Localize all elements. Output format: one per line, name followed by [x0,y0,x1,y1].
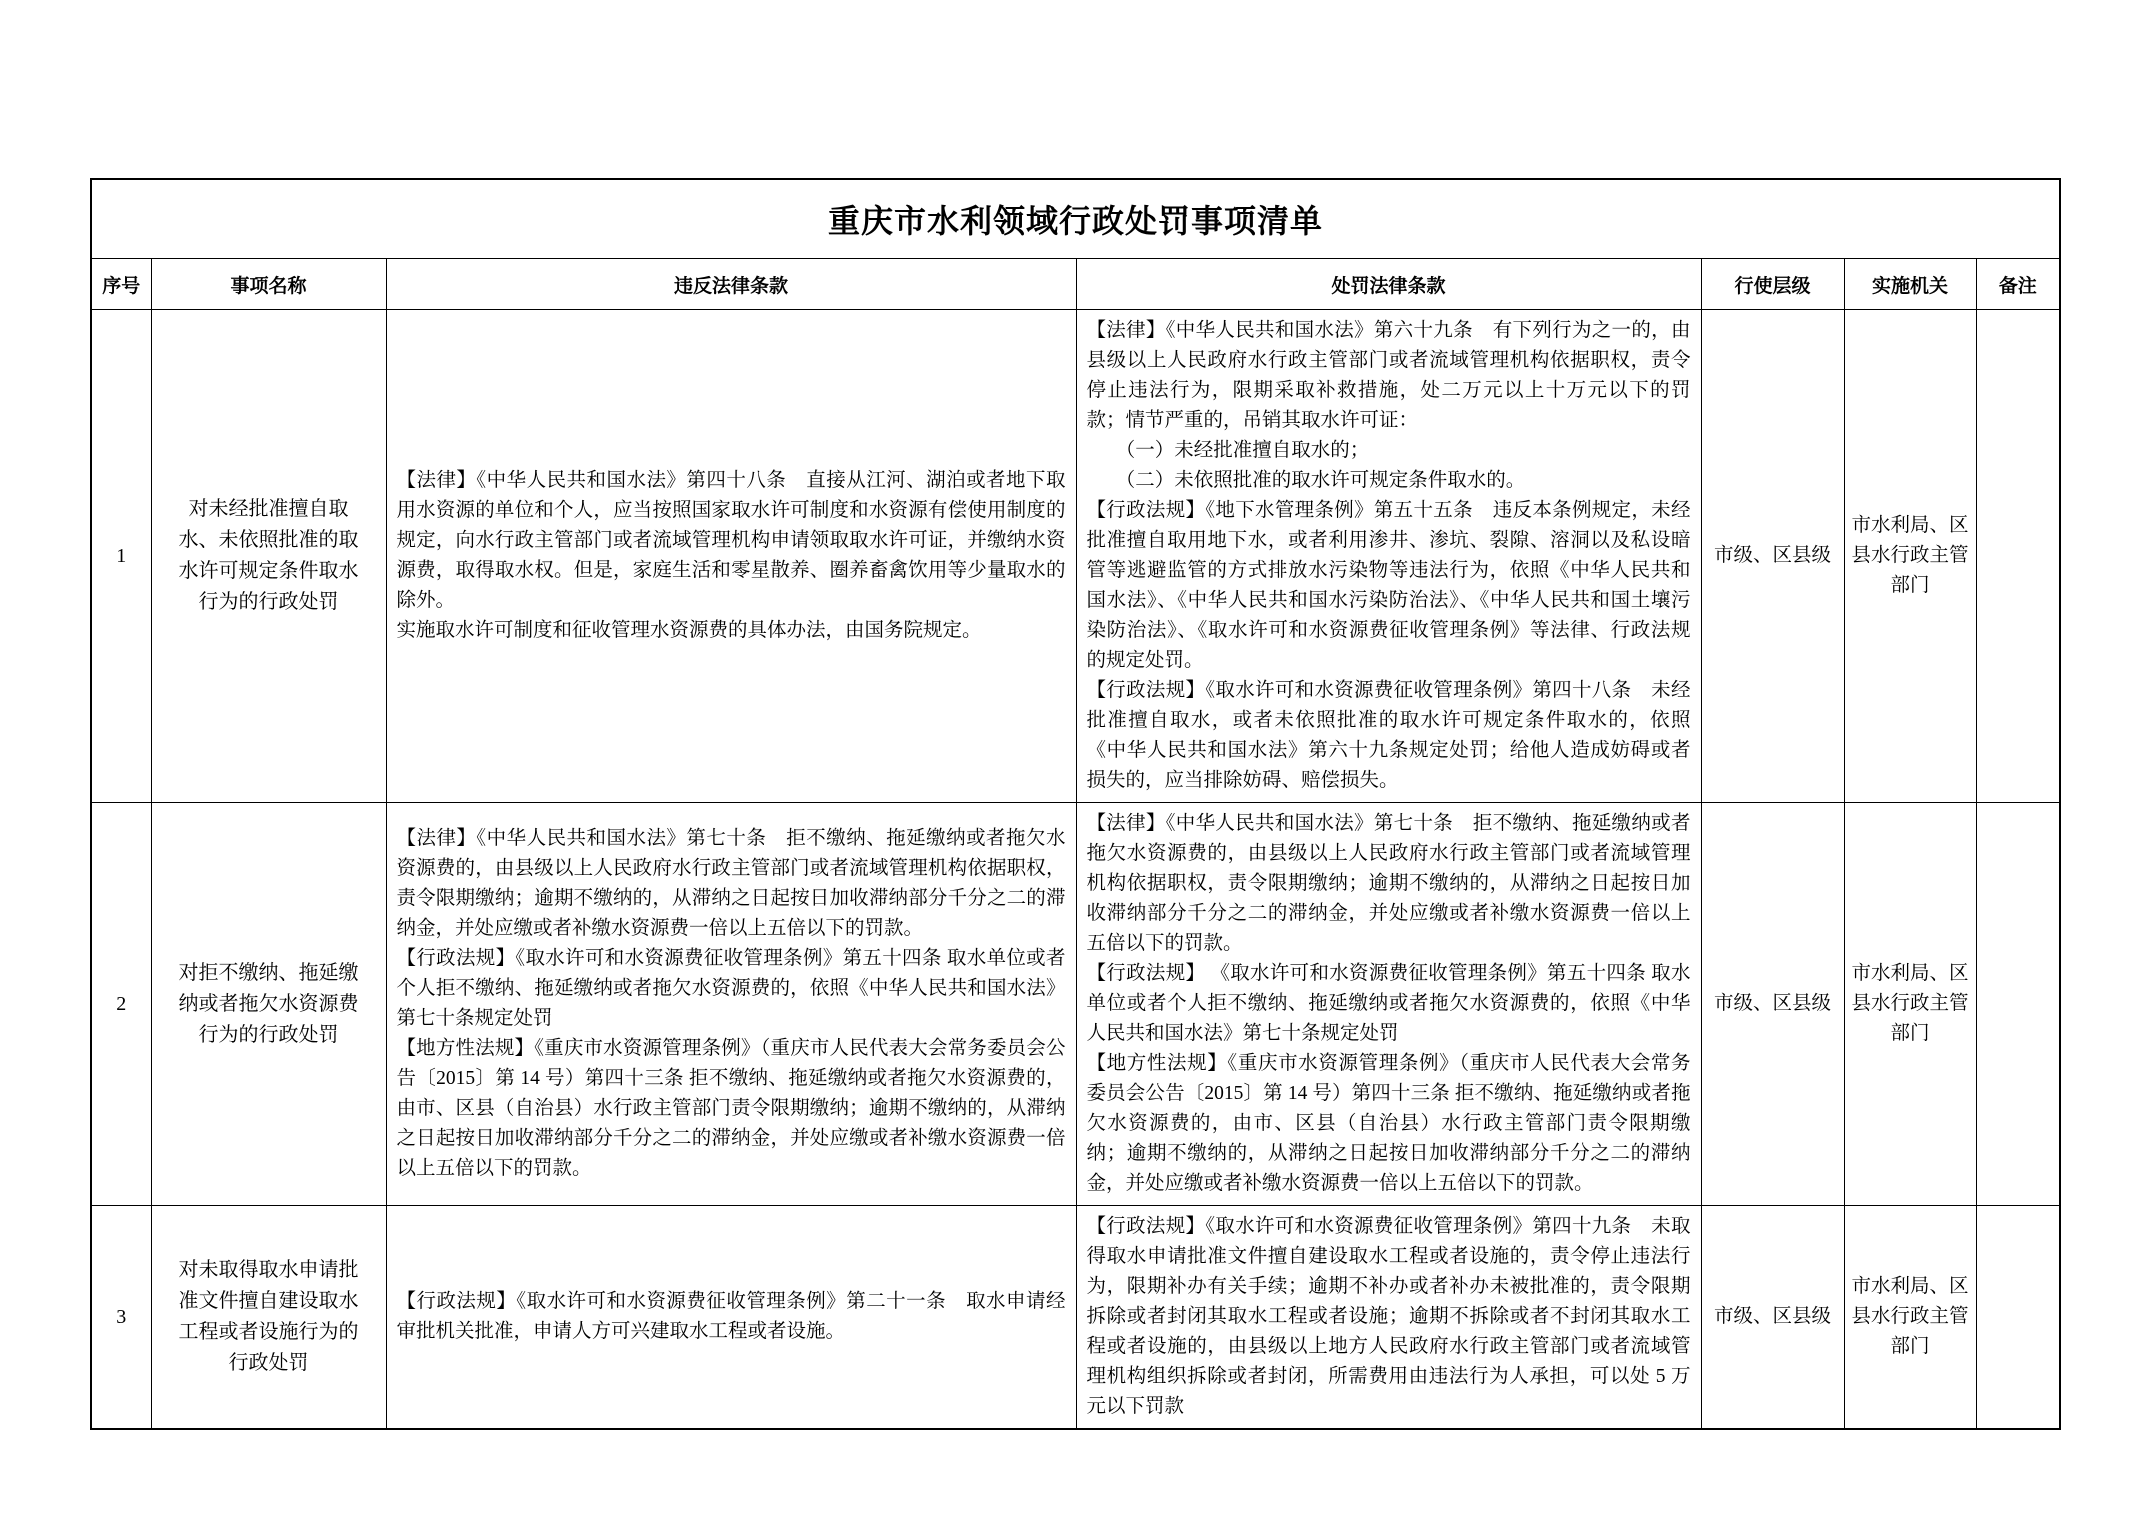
row-number-cell: 2 [91,803,151,1206]
implementing-agency-cell: 市水利局、区县水行政主管部门 [1844,803,1976,1206]
document-page: 重庆市水利领域行政处罚事项清单 序号 事项名称 违反法律条款 处罚法律条款 行使… [0,0,2149,1520]
legal-paragraph: 【行政法规】《取水许可和水资源费征收管理条例》第五十四条 取水单位或者个人拒不缴… [397,944,1066,1034]
exercise-level-cell: 市级、区县级 [1701,310,1844,803]
header-violation-clause: 违反法律条款 [386,259,1076,310]
header-row: 序号 事项名称 违反法律条款 处罚法律条款 行使层级 实施机关 备注 [91,259,2060,310]
remark-cell [1976,1206,2060,1430]
legal-paragraph: 【法律】《中华人民共和国水法》第七十条 拒不缴纳、拖延缴纳或者拖欠水资源费的，由… [397,824,1066,944]
header-implementing-agency: 实施机关 [1844,259,1976,310]
penalty-clause-cell: 【法律】《中华人民共和国水法》第七十条 拒不缴纳、拖延缴纳或者拖欠水资源费的，由… [1076,803,1701,1206]
legal-paragraph: 【法律】《中华人民共和国水法》第七十条 拒不缴纳、拖延缴纳或者拖欠水资源费的，由… [1087,809,1691,959]
violation-clause-cell: 【行政法规】《取水许可和水资源费征收管理条例》第二十一条 取水申请经审批机关批准… [386,1206,1076,1430]
legal-paragraph: 【法律】《中华人民共和国水法》第四十八条 直接从江河、湖泊或者地下取用水资源的单… [397,466,1066,616]
table-row: 2 对拒不缴纳、拖延缴纳或者拖欠水资源费行为的行政处罚 【法律】《中华人民共和国… [91,803,2060,1206]
legal-paragraph: （一）未经批准擅自取水的； [1087,436,1691,466]
legal-paragraph: 【行政法规】《取水许可和水资源费征收管理条例》第四十九条 未取得取水申请批准文件… [1087,1212,1691,1422]
row-number-cell: 1 [91,310,151,803]
header-remark: 备注 [1976,259,2060,310]
page-title: 重庆市水利领域行政处罚事项清单 [91,179,2060,259]
item-name-cell: 对未经批准擅自取水、未依照批准的取水许可规定条件取水行为的行政处罚 [151,310,386,803]
penalty-items-table: 重庆市水利领域行政处罚事项清单 序号 事项名称 违反法律条款 处罚法律条款 行使… [90,178,2061,1430]
legal-paragraph: （二）未依照批准的取水许可规定条件取水的。 [1087,466,1691,496]
header-exercise-level: 行使层级 [1701,259,1844,310]
table-row: 3 对未取得取水申请批准文件擅自建设取水工程或者设施行为的行政处罚 【行政法规】… [91,1206,2060,1430]
legal-paragraph: 【行政法规】《取水许可和水资源费征收管理条例》第四十八条 未经批准擅自取水，或者… [1087,676,1691,796]
header-item-name: 事项名称 [151,259,386,310]
item-name-cell: 对拒不缴纳、拖延缴纳或者拖欠水资源费行为的行政处罚 [151,803,386,1206]
legal-paragraph: 【行政法规】《地下水管理条例》第五十五条 违反本条例规定，未经批准擅自取用地下水… [1087,496,1691,676]
legal-paragraph: 实施取水许可制度和征收管理水资源费的具体办法，由国务院规定。 [397,616,1066,646]
header-serial-number: 序号 [91,259,151,310]
violation-clause-cell: 【法律】《中华人民共和国水法》第七十条 拒不缴纳、拖延缴纳或者拖欠水资源费的，由… [386,803,1076,1206]
title-row: 重庆市水利领域行政处罚事项清单 [91,179,2060,259]
legal-paragraph: 【行政法规】 《取水许可和水资源费征收管理条例》第五十四条 取水单位或者个人拒不… [1087,959,1691,1049]
remark-cell [1976,310,2060,803]
implementing-agency-cell: 市水利局、区县水行政主管部门 [1844,310,1976,803]
legal-paragraph: 【地方性法规】《重庆市水资源管理条例》（重庆市人民代表大会常务委员会公告〔201… [1087,1049,1691,1199]
header-penalty-clause: 处罚法律条款 [1076,259,1701,310]
table-row: 1 对未经批准擅自取水、未依照批准的取水许可规定条件取水行为的行政处罚 【法律】… [91,310,2060,803]
violation-clause-cell: 【法律】《中华人民共和国水法》第四十八条 直接从江河、湖泊或者地下取用水资源的单… [386,310,1076,803]
penalty-clause-cell: 【行政法规】《取水许可和水资源费征收管理条例》第四十九条 未取得取水申请批准文件… [1076,1206,1701,1430]
legal-paragraph: 【法律】《中华人民共和国水法》第六十九条 有下列行为之一的，由县级以上人民政府水… [1087,316,1691,436]
exercise-level-cell: 市级、区县级 [1701,1206,1844,1430]
legal-paragraph: 【地方性法规】《重庆市水资源管理条例》（重庆市人民代表大会常务委员会公告〔201… [397,1034,1066,1184]
exercise-level-cell: 市级、区县级 [1701,803,1844,1206]
row-number-cell: 3 [91,1206,151,1430]
remark-cell [1976,803,2060,1206]
penalty-clause-cell: 【法律】《中华人民共和国水法》第六十九条 有下列行为之一的，由县级以上人民政府水… [1076,310,1701,803]
legal-paragraph: 【行政法规】《取水许可和水资源费征收管理条例》第二十一条 取水申请经审批机关批准… [397,1287,1066,1347]
item-name-cell: 对未取得取水申请批准文件擅自建设取水工程或者设施行为的行政处罚 [151,1206,386,1430]
implementing-agency-cell: 市水利局、区县水行政主管部门 [1844,1206,1976,1430]
